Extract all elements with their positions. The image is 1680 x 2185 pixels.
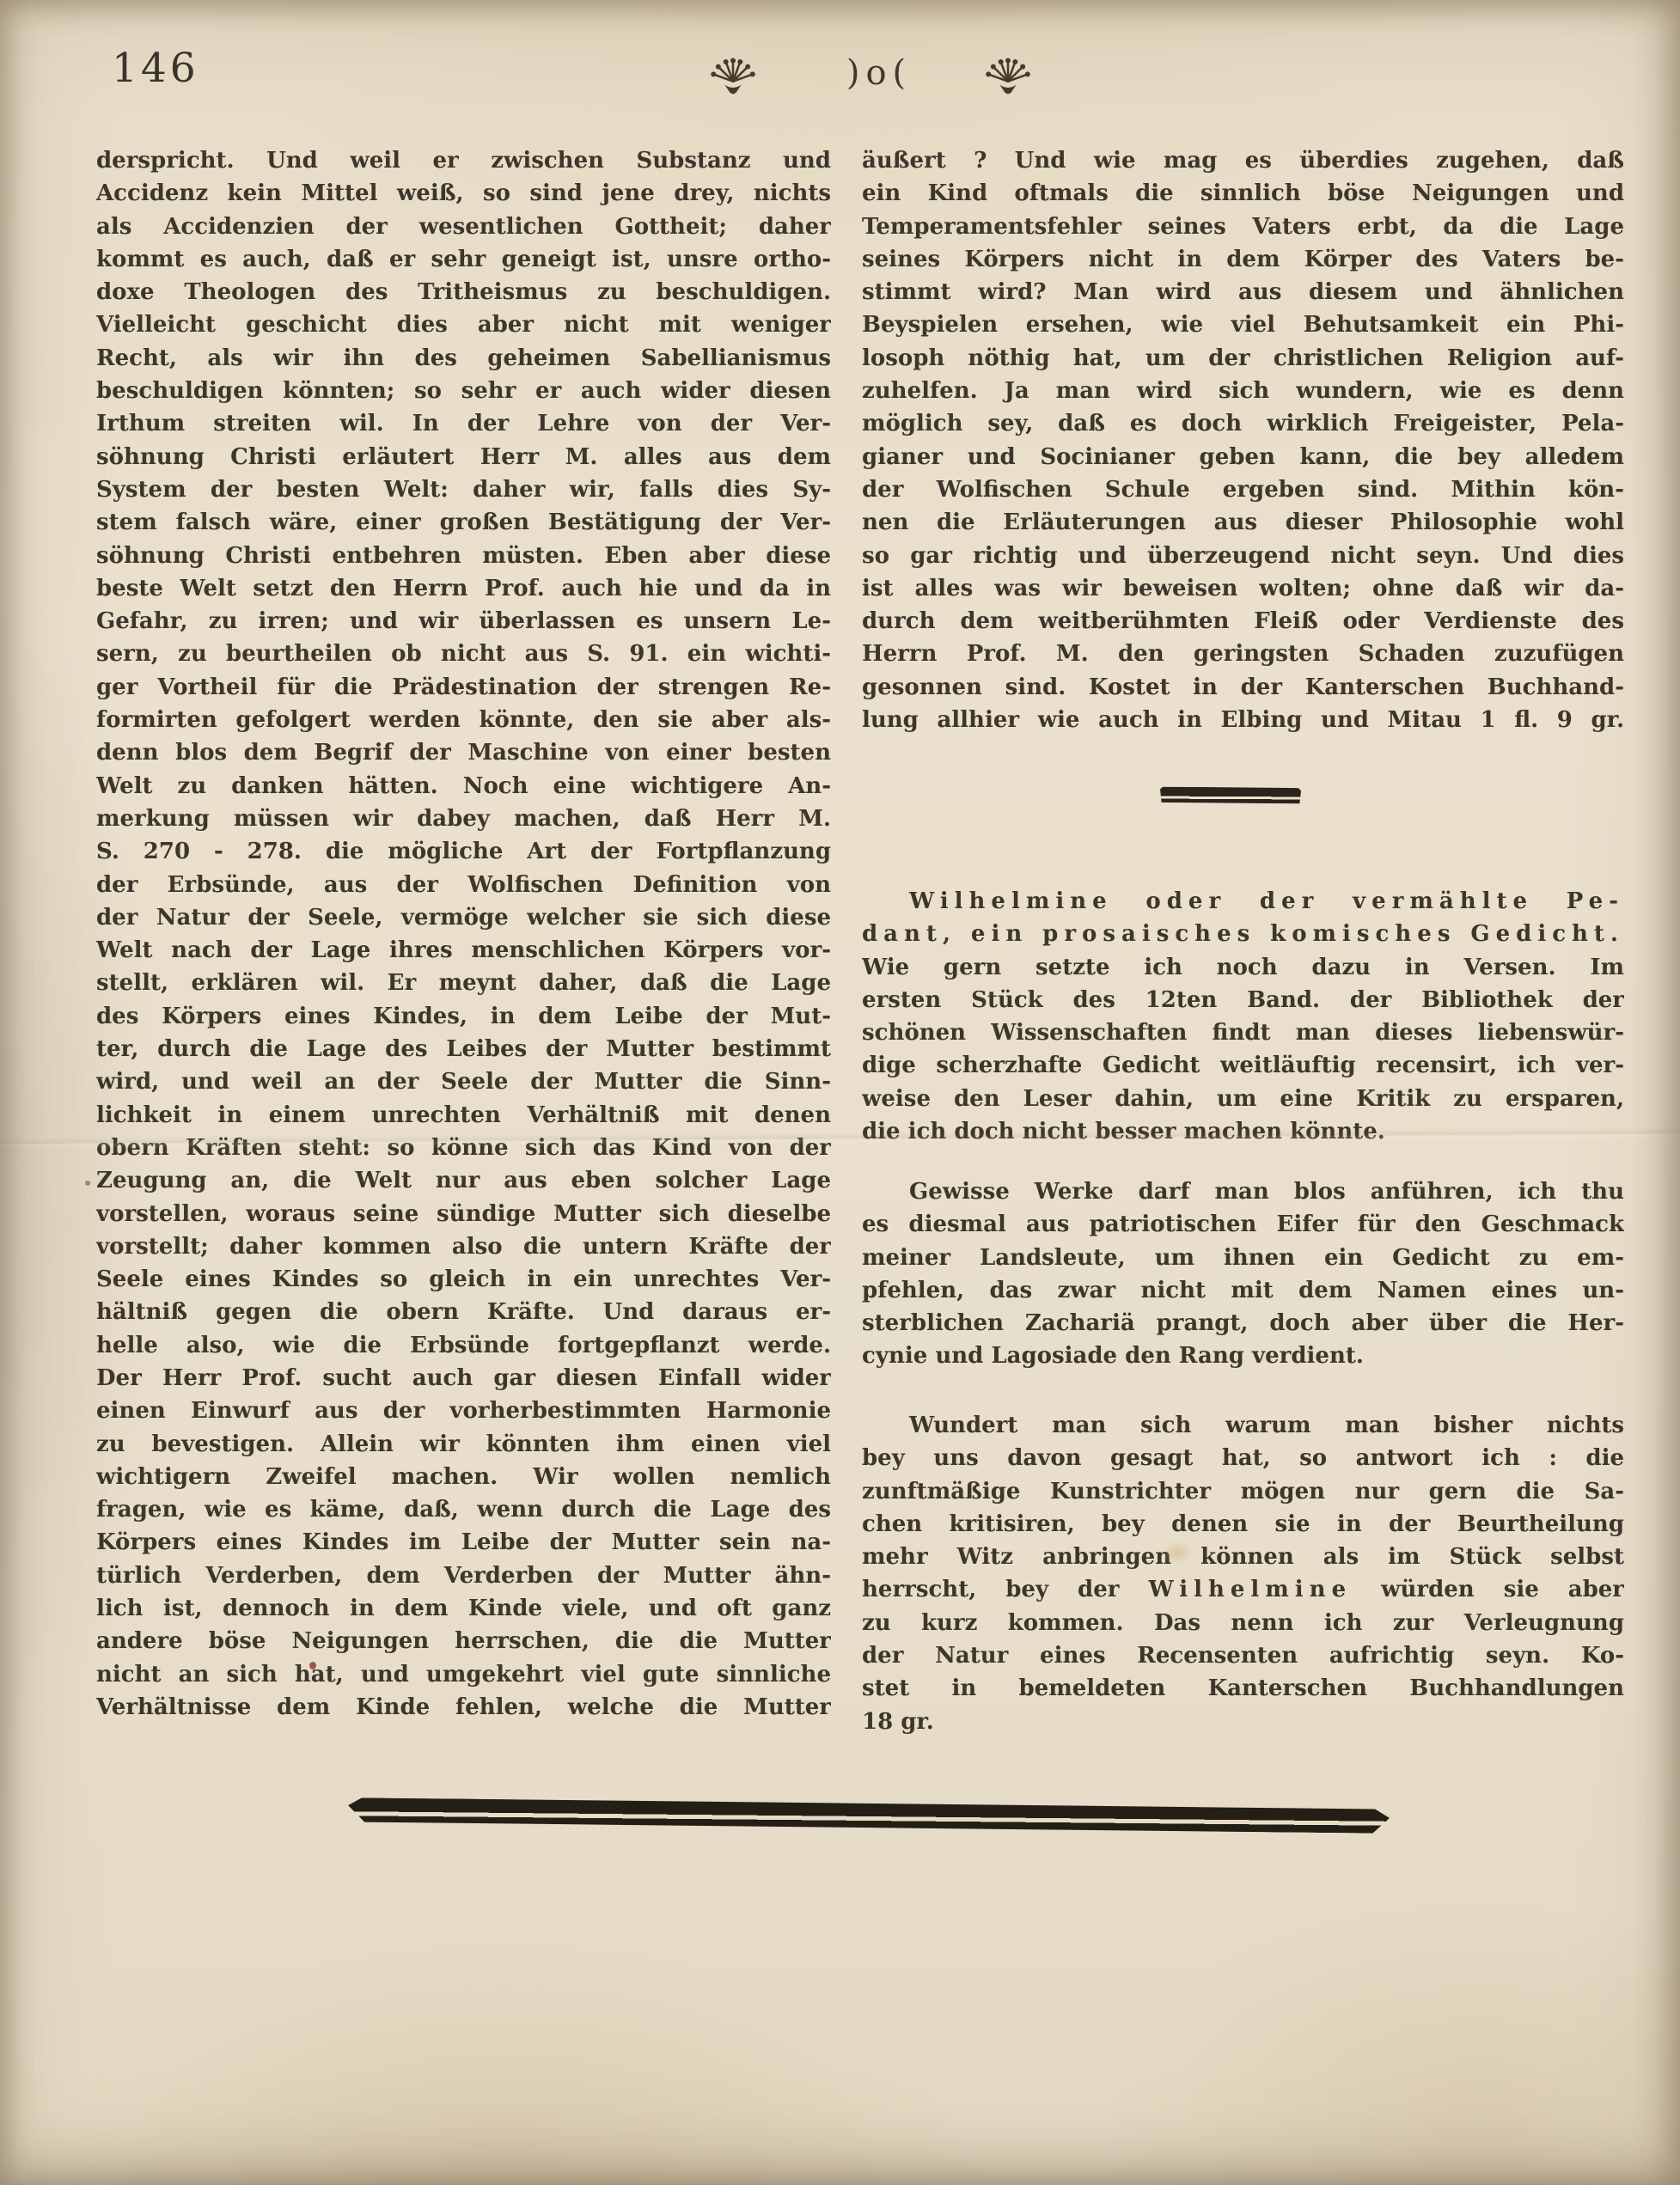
scanned-book-page: 146 )o( xyxy=(0,0,1680,2185)
text-line: chen kritisiren, bey denen sie in der Be… xyxy=(862,1508,1624,1541)
page-number: 146 xyxy=(112,45,199,92)
text-line: stimmt wird? Man wird aus diesem und ähn… xyxy=(862,276,1624,308)
text-line: Recht, als wir ihn des geheimen Sabellia… xyxy=(96,342,831,375)
gewisse-werke-paragraph: Gewisse Werke darf man blos anführen, ic… xyxy=(862,1175,1624,1373)
text-line: stet in bemeldeten Kanterschen Buchhandl… xyxy=(862,1672,1624,1705)
text-line: Verhältnisse dem Kinde fehlen, welche di… xyxy=(96,1691,831,1724)
text-line: kommt es auch, daß er sehr geneigt ist, … xyxy=(96,243,831,276)
text-line: doxe Theologen des Tritheismus zu beschu… xyxy=(96,276,831,308)
text-line: vorstellen, woraus seine sündige Mutter … xyxy=(96,1198,831,1230)
text-line: stellt, erklären wil. Er meynt daher, da… xyxy=(96,967,831,999)
shell-fleuron-icon xyxy=(981,46,1035,103)
text-line: Der Herr Prof. sucht auch gar diesen Ein… xyxy=(96,1362,831,1395)
text-line: stem falsch wäre, einer großen Bestätigu… xyxy=(96,506,831,539)
text-line: ist alles was wir beweisen wolten; ohne … xyxy=(862,572,1624,605)
text-line: wichtigern Zweifel machen. Wir wollen ne… xyxy=(96,1461,831,1493)
review-paragraph-end: äußert ? Und wie mag es überdies zugehen… xyxy=(862,144,1624,736)
shell-fleuron-icon xyxy=(706,46,760,103)
text-line: hältniß gegen die obern Kräfte. Und dara… xyxy=(96,1296,831,1328)
text-line: mehr Witz anbringen können als im Stück … xyxy=(862,1541,1624,1573)
text-line: formirten gefolgert werden könnte, den s… xyxy=(96,704,831,736)
text-line: Welt zu danken hätten. Noch eine wichtig… xyxy=(96,770,831,803)
text-line: lichkeit in einem unrechten Verhältniß m… xyxy=(96,1099,831,1132)
ink-speck xyxy=(85,1181,90,1186)
text-line: äußert ? Und wie mag es überdies zugehen… xyxy=(862,144,1624,177)
text-line: türlich Verderben, dem Verderben der Mut… xyxy=(96,1559,831,1592)
text-line: gianer und Socinianer geben kann, die be… xyxy=(862,441,1624,473)
text-line: ter, durch die Lage des Leibes der Mutte… xyxy=(96,1033,831,1065)
text-line: gesonnen sind. Kostet in der Kanterschen… xyxy=(862,671,1624,704)
wundert-paragraph: Wundert man sich warum man bisher nichts… xyxy=(862,1409,1624,1738)
text-line: beste Welt setzt den Herrn Prof. auch hi… xyxy=(96,572,831,605)
header-center-mark: )o( xyxy=(832,53,926,93)
text-line: ersten Stück des 12ten Band. der Bibliot… xyxy=(862,984,1624,1016)
text-line: möglich sey, daß es doch wirklich Freige… xyxy=(862,407,1624,440)
text-line: Wie gern setzte ich noch dazu in Versen.… xyxy=(862,951,1624,984)
text-line: wird, und weil an der Seele der Mutter d… xyxy=(96,1065,831,1098)
text-line: Zeugung an, die Welt nur aus eben solche… xyxy=(96,1164,831,1197)
text-line: lich ist, dennoch in dem Kinde viele, un… xyxy=(96,1592,831,1625)
text-line: seines Körpers nicht in dem Körper des V… xyxy=(862,243,1624,276)
text-line: System der besten Welt: daher wir, falls… xyxy=(96,473,831,506)
text-line: nicht an sich hat, und umgekehrt viel gu… xyxy=(96,1658,831,1691)
text-line: Gefahr, zu irren; und wir überlassen es … xyxy=(96,605,831,638)
text-line: Beyspielen ersehen, wie viel Behutsamkei… xyxy=(862,308,1624,341)
emphasized-spaced-word: Wilhelmine xyxy=(1148,1577,1352,1602)
text-line: söhnung Christi erläutert Herr M. alles … xyxy=(96,441,831,473)
text-line: ger Vortheil für die Prädestination der … xyxy=(96,671,831,704)
text-line: vorstellt; daher kommen also die untern … xyxy=(96,1230,831,1263)
text-line: merkung müssen wir dabey machen, daß Her… xyxy=(96,803,831,835)
text-line: einen Einwurf aus der vorherbestimmten H… xyxy=(96,1395,831,1427)
text-line: bey uns davon gesagt hat, so antwort ich… xyxy=(862,1442,1624,1474)
text-line: die ich doch nicht besser machen könnte. xyxy=(862,1115,1624,1148)
text-line: Wundert man sich warum man bisher nichts xyxy=(862,1409,1624,1442)
text-line: zuhelfen. Ja man wird sich wundern, wie … xyxy=(862,375,1624,407)
text-line: Wilhelmine oder der vermählte Pe- xyxy=(862,885,1624,918)
text-line: losoph nöthig hat, um der christlichen R… xyxy=(862,342,1624,375)
text-line: beschuldigen könnten; so sehr er auch wi… xyxy=(96,375,831,407)
text-line: zunftmäßige Kunstrichter mögen nur gern … xyxy=(862,1475,1624,1508)
text-line: cynie und Lagosiade den Rang verdient. xyxy=(862,1340,1624,1372)
text-line: Herrn Prof. M. den geringsten Schaden zu… xyxy=(862,638,1624,670)
text-line: der Wolfischen Schule ergeben sind. Mith… xyxy=(862,473,1624,506)
text-line: helle also, wie die Erbsünde fortgepflan… xyxy=(96,1329,831,1362)
text-line: derspricht. Und weil er zwischen Substan… xyxy=(96,144,831,177)
text-line: S. 270 - 278. die mögliche Art der Fortp… xyxy=(96,835,831,868)
text-line: ein Kind oftmals die sinnlich böse Neigu… xyxy=(862,177,1624,210)
text-line: des Körpers eines Kindes, in dem Leibe d… xyxy=(96,1000,831,1033)
text-line: der Natur der Seele, vermöge welcher sie… xyxy=(96,901,831,934)
text-line: herrscht, bey der Wilhelmine würden sie … xyxy=(862,1573,1624,1606)
text-line: der Erbsünde, aus der Wolfischen Definit… xyxy=(96,869,831,901)
text-line: durch dem weitberühmten Fleiß oder Verdi… xyxy=(862,605,1624,638)
text-line: der Natur eines Recensenten aufrichtig s… xyxy=(862,1639,1624,1672)
text-line: Welt nach der Lage ihres menschlichen Kö… xyxy=(96,934,831,967)
text-line: es diesmal aus patriotischen Eifer für d… xyxy=(862,1208,1624,1241)
text-line: denn blos dem Begrif der Maschine von ei… xyxy=(96,736,831,769)
left-text-column: derspricht. Und weil er zwischen Substan… xyxy=(96,144,831,1724)
text-line: meiner Landsleute, um ihnen ein Gedicht … xyxy=(862,1242,1624,1274)
text-line: Accidenz kein Mittel weiß, so sind jene … xyxy=(96,177,831,210)
text-line: fragen, wie es käme, daß, wenn durch die… xyxy=(96,1493,831,1526)
text-line: andere böse Neigungen herrschen, die die… xyxy=(96,1625,831,1657)
text-line: Vielleicht geschicht dies aber nicht mit… xyxy=(96,308,831,341)
page-bottom-rule xyxy=(348,1797,1390,1834)
text-line: schönen Wissenschaften findt man dieses … xyxy=(862,1016,1624,1049)
text-line: weise den Leser dahin, um eine Kritik zu… xyxy=(862,1083,1624,1115)
text-line: Seele eines Kindes so gleich in ein unre… xyxy=(96,1263,831,1296)
text-line: dige scherzhafte Gedicht weitläuftig rec… xyxy=(862,1049,1624,1082)
text-line: lung allhier wie auch in Elbing und Mita… xyxy=(862,704,1624,736)
text-line: Gewisse Werke darf man blos anführen, ic… xyxy=(862,1175,1624,1208)
text-line: nen die Erläuterungen aus dieser Philoso… xyxy=(862,506,1624,539)
text-line: zu kurz kommen. Das nenn ich zur Verleug… xyxy=(862,1607,1624,1639)
text-line: obern Kräften steht: so könne sich das K… xyxy=(96,1132,831,1164)
text-line: sern, zu beurtheilen ob nicht aus S. 91.… xyxy=(96,638,831,670)
text-line: Temperamentsfehler seines Vaters erbt, d… xyxy=(862,211,1624,243)
wilhelmine-review-paragraph: Wilhelmine oder der vermählte Pe-dant, e… xyxy=(862,885,1624,1148)
text-line: so gar richtig und überzeugend nicht sey… xyxy=(862,540,1624,572)
text-line: pfehlen, das zwar nicht mit dem Namen ei… xyxy=(862,1274,1624,1307)
text-line: sterblichen Zachariä prangt, doch aber ü… xyxy=(862,1307,1624,1340)
text-line: zu bevestigen. Allein wir könnten ihm ei… xyxy=(96,1428,831,1461)
text-line: dant, ein prosaisches komisches Gedicht. xyxy=(862,918,1624,950)
text-line: 18 gr. xyxy=(862,1706,1624,1738)
text-line: söhnung Christi entbehren müsten. Eben a… xyxy=(96,540,831,572)
text-line: Irthum streiten wil. In der Lehre von de… xyxy=(96,407,831,440)
section-divider-rule xyxy=(1160,787,1301,804)
text-line: als Accidenzien der wesentlichen Gotthei… xyxy=(96,211,831,243)
text-line: Körpers eines Kindes im Leibe der Mutter… xyxy=(96,1526,831,1559)
